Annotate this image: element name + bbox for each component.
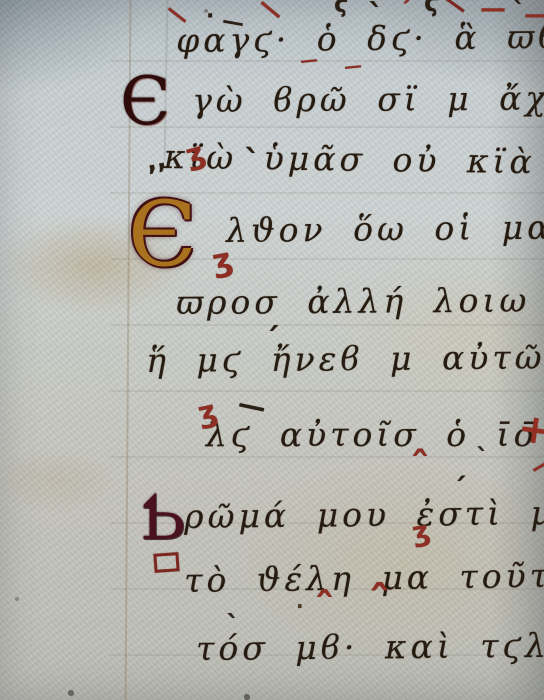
decorated-initial-epsilon-gold: Є [128,194,197,275]
text-line-8: ρῶμά μου ἐστὶ μ· ἵ μ [184,495,544,533]
red-circumflex: ˆ [304,0,319,20]
text-line-6: ἥ μϛ ἤνεϐ μ αὐτῶ φ [146,340,544,377]
text-line-2: γὼ ϐρῶ σϊ μ ἄχω φ [192,81,544,117]
text-line-1: φαγϛ· ὁ δϛ· ἃ ϖϐμά [176,19,544,57]
text-line-5: ϖροσ ἀλλή λοιω [176,284,530,319]
text-line-4: λϑον ὅω οἱ μαϑ [226,210,544,247]
text-line-3: κϊὼ ὑμᾶσ οὐ κϊὰ ϊδ [164,140,544,179]
ink-accent: ϛ [424,0,439,16]
text-line-9: τὸ ϑέλη μα τοῦτω [184,558,544,597]
decorated-initial-beta: Ƅ [140,490,187,548]
text-line-7: λϛ αὐτοῖσ ὁ ῑσ̄ [206,418,540,451]
text-line-10: τόσ μϐ· καὶ τϛλ [196,629,544,665]
red-square-mark [153,552,179,573]
manuscript-page-photo: Є Є Ƅ φαγϛ· ὁ δϛ· ἃ ϖϐμά γὼ ϐρῶ σϊ μ ἄχω… [0,0,544,700]
ink-accent: ϛ [334,0,348,16]
parchment-specks [0,0,2,2]
decorated-initial-epsilon-small: Є [120,72,171,131]
